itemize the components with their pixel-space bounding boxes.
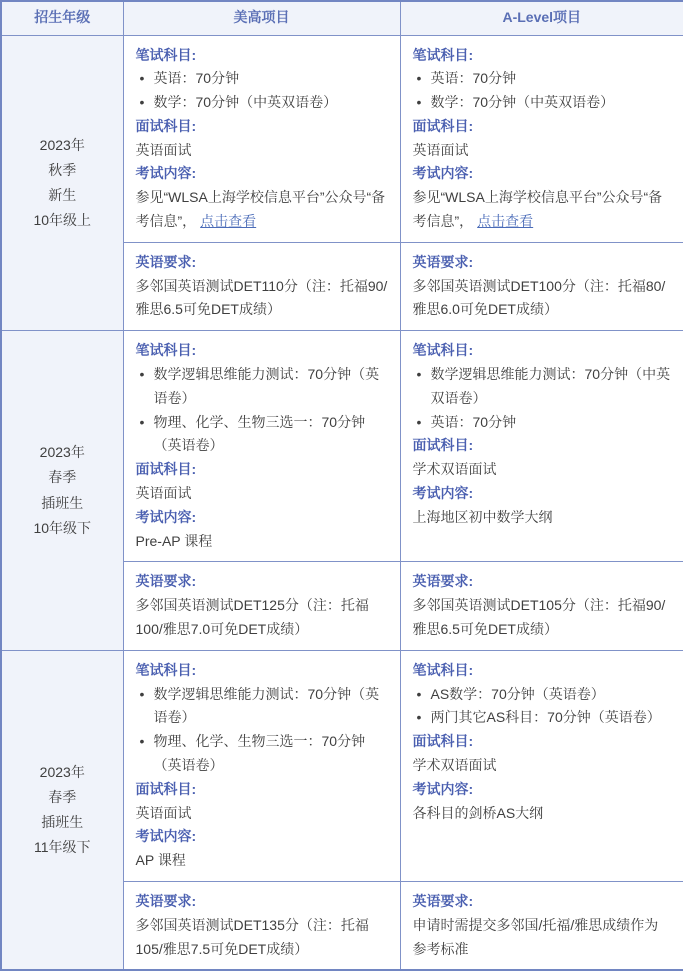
exam-content-value: 各科目的剑桥AS大纲 xyxy=(413,802,672,826)
admissions-table: 招生年级 美高项目 A-Level项目 2023年 秋季 新生 10年级上 笔试… xyxy=(0,0,683,971)
interview-value: 英语面试 xyxy=(413,139,672,163)
interview-subjects-label: 面试科目: xyxy=(136,458,388,482)
column-header-grade: 招生年级 xyxy=(1,1,123,35)
grade-line: 插班生 xyxy=(14,491,111,516)
written-subject-item: 英语：70分钟 xyxy=(413,67,672,91)
written-subjects-list: 英语：70分钟 数学：70分钟（中英双语卷） xyxy=(413,67,672,115)
english-requirement-label: 英语要求: xyxy=(413,251,672,275)
english-requirement-label: 英语要求: xyxy=(136,251,388,275)
written-subjects-label: 笔试科目: xyxy=(413,44,672,68)
written-subjects-list: 数学逻辑思维能力测试：70分钟（英语卷） 物理、化学、生物三选一：70分钟（英语… xyxy=(136,683,388,778)
exam-content-value: Pre-AP 课程 xyxy=(136,530,388,554)
english-requirement-label: 英语要求: xyxy=(413,570,672,594)
table-row: 2023年 秋季 新生 10年级上 笔试科目: 英语：70分钟 数学：70分钟（… xyxy=(1,35,683,242)
us-english-requirement-cell: 英语要求: 多邻国英语测试DET110分（注：托福90/雅思6.5可免DET成绩… xyxy=(123,242,400,330)
column-header-alevel-program: A-Level项目 xyxy=(400,1,683,35)
english-requirement-label: 英语要求: xyxy=(136,890,388,914)
table-row: 2023年 春季 插班生 11年级下 笔试科目: 数学逻辑思维能力测试：70分钟… xyxy=(1,650,683,881)
written-subject-item: 两门其它AS科目：70分钟（英语卷） xyxy=(413,706,672,730)
grade-cell-spring-g11: 2023年 春季 插班生 11年级下 xyxy=(1,650,123,970)
exam-content-label: 考试内容: xyxy=(136,162,388,186)
written-subjects-list: 数学逻辑思维能力测试：70分钟（英语卷） 物理、化学、生物三选一：70分钟（英语… xyxy=(136,363,388,458)
written-subject-item: 数学：70分钟（中英双语卷） xyxy=(136,91,388,115)
grade-line: 秋季 xyxy=(14,158,111,183)
interview-subjects-label: 面试科目: xyxy=(136,115,388,139)
exam-content-label: 考试内容: xyxy=(136,506,388,530)
written-subject-item: 数学逻辑思维能力测试：70分钟（英语卷） xyxy=(136,363,388,411)
interview-value: 学术双语面试 xyxy=(413,458,672,482)
grade-line: 2023年 xyxy=(14,133,111,158)
written-subjects-list: AS数学：70分钟（英语卷） 两门其它AS科目：70分钟（英语卷） xyxy=(413,683,672,731)
written-subjects-label: 笔试科目: xyxy=(413,339,672,363)
english-requirement-value: 多邻国英语测试DET105分（注：托福90/雅思6.5可免DET成绩） xyxy=(413,594,672,642)
alevel-english-requirement-cell: 英语要求: 申请时需提交多邻国/托福/雅思成绩作为参考标准 xyxy=(400,882,683,971)
us-program-cell: 笔试科目: 数学逻辑思维能力测试：70分钟（英语卷） 物理、化学、生物三选一：7… xyxy=(123,331,400,562)
written-subject-item: AS数学：70分钟（英语卷） xyxy=(413,683,672,707)
grade-line: 春季 xyxy=(14,465,111,490)
grade-line: 春季 xyxy=(14,785,111,810)
interview-subjects-label: 面试科目: xyxy=(413,115,672,139)
us-program-cell: 笔试科目: 数学逻辑思维能力测试：70分钟（英语卷） 物理、化学、生物三选一：7… xyxy=(123,650,400,881)
exam-content-label: 考试内容: xyxy=(413,778,672,802)
written-subjects-list: 数学逻辑思维能力测试：70分钟（中英双语卷） 英语：70分钟 xyxy=(413,363,672,434)
grade-cell-autumn-g10: 2023年 秋季 新生 10年级上 xyxy=(1,35,123,331)
header-row: 招生年级 美高项目 A-Level项目 xyxy=(1,1,683,35)
written-subject-item: 数学：70分钟（中英双语卷） xyxy=(413,91,672,115)
exam-content-text: 参见“WLSA上海学校信息平台”公众号“备考信息”， xyxy=(413,189,663,229)
english-requirement-value: 多邻国英语测试DET135分（注：托福105/雅思7.5可免DET成绩） xyxy=(136,914,388,962)
interview-subjects-label: 面试科目: xyxy=(136,778,388,802)
alevel-program-cell: 笔试科目: 数学逻辑思维能力测试：70分钟（中英双语卷） 英语：70分钟 面试科… xyxy=(400,331,683,562)
written-subjects-label: 笔试科目: xyxy=(413,659,672,683)
exam-content-text: 参见“WLSA上海学校信息平台”公众号“备考信息”， xyxy=(136,189,386,229)
grade-line: 2023年 xyxy=(14,440,111,465)
interview-value: 英语面试 xyxy=(136,139,388,163)
grade-line: 2023年 xyxy=(14,760,111,785)
grade-cell-spring-g10: 2023年 春季 插班生 10年级下 xyxy=(1,331,123,651)
us-english-requirement-cell: 英语要求: 多邻国英语测试DET135分（注：托福105/雅思7.5可免DET成… xyxy=(123,882,400,971)
exam-content-label: 考试内容: xyxy=(413,162,672,186)
interview-subjects-label: 面试科目: xyxy=(413,434,672,458)
written-subjects-label: 笔试科目: xyxy=(136,659,388,683)
written-subjects-label: 笔试科目: xyxy=(136,339,388,363)
english-requirement-value: 多邻国英语测试DET100分（注：托福80/雅思6.0可免DET成绩） xyxy=(413,275,672,323)
exam-content-value: 参见“WLSA上海学校信息平台”公众号“备考信息”，点击查看 xyxy=(413,186,672,234)
view-details-link[interactable]: 点击查看 xyxy=(477,213,533,229)
view-details-link[interactable]: 点击查看 xyxy=(200,213,256,229)
written-subjects-label: 笔试科目: xyxy=(136,44,388,68)
exam-content-value: 参见“WLSA上海学校信息平台”公众号“备考信息”，点击查看 xyxy=(136,186,388,234)
exam-content-value: 上海地区初中数学大纲 xyxy=(413,506,672,530)
interview-subjects-label: 面试科目: xyxy=(413,730,672,754)
written-subject-item: 物理、化学、生物三选一：70分钟（英语卷） xyxy=(136,730,388,778)
interview-value: 英语面试 xyxy=(136,482,388,506)
alevel-program-cell: 笔试科目: AS数学：70分钟（英语卷） 两门其它AS科目：70分钟（英语卷） … xyxy=(400,650,683,881)
grade-line: 新生 xyxy=(14,183,111,208)
table-row: 2023年 春季 插班生 10年级下 笔试科目: 数学逻辑思维能力测试：70分钟… xyxy=(1,331,683,562)
english-requirement-value: 多邻国英语测试DET125分（注：托福100/雅思7.0可免DET成绩） xyxy=(136,594,388,642)
interview-value: 英语面试 xyxy=(136,802,388,826)
us-program-cell: 笔试科目: 英语：70分钟 数学：70分钟（中英双语卷） 面试科目: 英语面试 … xyxy=(123,35,400,242)
english-requirement-label: 英语要求: xyxy=(136,570,388,594)
written-subject-item: 数学逻辑思维能力测试：70分钟（英语卷） xyxy=(136,683,388,731)
written-subject-item: 英语：70分钟 xyxy=(413,411,672,435)
column-header-us-program: 美高项目 xyxy=(123,1,400,35)
english-requirement-label: 英语要求: xyxy=(413,890,672,914)
grade-line: 10年级下 xyxy=(14,516,111,541)
interview-value: 学术双语面试 xyxy=(413,754,672,778)
english-requirement-value: 申请时需提交多邻国/托福/雅思成绩作为参考标准 xyxy=(413,914,672,962)
alevel-english-requirement-cell: 英语要求: 多邻国英语测试DET100分（注：托福80/雅思6.0可免DET成绩… xyxy=(400,242,683,330)
grade-line: 11年级下 xyxy=(14,835,111,860)
written-subject-item: 英语：70分钟 xyxy=(136,67,388,91)
alevel-english-requirement-cell: 英语要求: 多邻国英语测试DET105分（注：托福90/雅思6.5可免DET成绩… xyxy=(400,562,683,650)
english-requirement-value: 多邻国英语测试DET110分（注：托福90/雅思6.5可免DET成绩） xyxy=(136,275,388,323)
us-english-requirement-cell: 英语要求: 多邻国英语测试DET125分（注：托福100/雅思7.0可免DET成… xyxy=(123,562,400,650)
written-subject-item: 数学逻辑思维能力测试：70分钟（中英双语卷） xyxy=(413,363,672,411)
exam-content-label: 考试内容: xyxy=(413,482,672,506)
alevel-program-cell: 笔试科目: 英语：70分钟 数学：70分钟（中英双语卷） 面试科目: 英语面试 … xyxy=(400,35,683,242)
written-subject-item: 物理、化学、生物三选一：70分钟（英语卷） xyxy=(136,411,388,459)
exam-content-value: AP 课程 xyxy=(136,849,388,873)
grade-line: 插班生 xyxy=(14,810,111,835)
grade-line: 10年级上 xyxy=(14,208,111,233)
exam-content-label: 考试内容: xyxy=(136,825,388,849)
written-subjects-list: 英语：70分钟 数学：70分钟（中英双语卷） xyxy=(136,67,388,115)
